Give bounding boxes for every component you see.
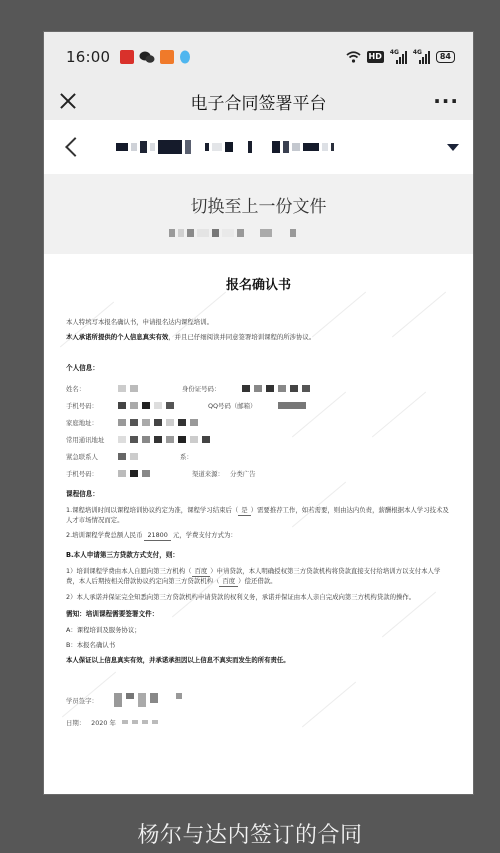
pixelated-value <box>242 385 310 392</box>
course-clause-1: 1.课程培训时间以课程培训协议约定为准，课程学习结束后（是）需要推荐工作，如若需… <box>66 506 451 525</box>
pixelated-value <box>118 453 180 460</box>
qq-icon <box>179 50 191 64</box>
contract-document: 报名确认书 本人特填写本报名确认书，申请报名达内课程培训。 本人承诺所提供的个人… <box>44 254 473 795</box>
notification-icons <box>120 50 191 64</box>
loan-clause-2: 2）本人承诺并保证完全知悉向第三方贷款机构申请贷款的权利义务，承诺并保证由本人亲… <box>66 593 451 602</box>
battery-icon: 84 <box>436 51 455 63</box>
close-icon[interactable] <box>58 91 78 111</box>
status-time: 16:00 <box>66 48 110 66</box>
course-clause-2: 2.培训课程学费总额人民币 21800 元，学费支付方式为： <box>66 531 451 541</box>
watermark <box>392 292 446 338</box>
triangle-down-icon[interactable] <box>447 144 459 151</box>
image-caption: 杨尔与达内签订的合同 <box>0 818 500 849</box>
loan-clause-1: 1）培训课程学费由本人自愿向第三方机构（百度）申请贷款，本人明确授权第三方贷款机… <box>66 567 451 587</box>
notice-heading: 需知：培训课程需要签署文件： <box>66 608 451 618</box>
document-title: 报名确认书 <box>66 274 451 293</box>
wechat-icon <box>139 50 155 64</box>
signal-4g-icon: 4G <box>413 51 430 64</box>
switch-previous-file-panel[interactable]: 切换至上一份文件 <box>44 174 473 254</box>
field-row-phone: 手机号码： QQ号码（邮箱） <box>66 397 451 414</box>
date-blurred <box>122 720 158 724</box>
file-name-pixelated[interactable] <box>116 139 439 155</box>
date-row: 日期： 2020 年 <box>66 711 451 733</box>
page-title: 电子合同签署平台 <box>44 89 473 114</box>
switch-previous-file-label[interactable]: 切换至上一份文件 <box>44 192 473 217</box>
personal-info-heading: 个人信息： <box>66 362 451 372</box>
hd-icon: HD <box>367 51 384 63</box>
app-red-icon <box>120 50 134 64</box>
status-bar: 16:00 HD 4G 4G 84 <box>44 32 473 82</box>
switch-sub-label-pixelated <box>169 227 349 239</box>
field-row-contact-phone: 手机号码： 渠道来源： 分类广告 <box>66 465 451 482</box>
channel-source-value: 分类广告 <box>230 469 256 478</box>
field-row-name: 姓名： 身份证号码： <box>66 380 451 397</box>
pixelated-value <box>118 402 208 409</box>
watermark <box>312 292 366 338</box>
pixelated-value <box>118 419 198 426</box>
field-row-mailing-address: 常用通讯地址 <box>66 431 451 448</box>
pixelated-value <box>118 436 210 443</box>
loan-heading: B.本人申请第三方贷款方式支付，则： <box>66 549 451 559</box>
required-file-b: B：本报名确认书 <box>66 641 451 650</box>
nav-bar: 电子合同签署平台 ··· <box>44 82 473 120</box>
app-orange-icon <box>160 50 174 64</box>
signature-pixelated <box>114 693 182 707</box>
intro-line-1: 本人特填写本报名确认书，申请报名达内课程培训。 <box>66 318 451 327</box>
field-row-address: 家庭地址： <box>66 414 451 431</box>
pixelated-value <box>118 470 192 477</box>
chevron-left-icon[interactable] <box>65 137 85 157</box>
watermark <box>172 292 226 338</box>
signature-row: 学员签字： <box>66 689 451 711</box>
wifi-icon <box>346 48 361 67</box>
signal-4g-icon: 4G <box>390 51 407 64</box>
file-selector-bar <box>44 120 473 174</box>
course-info-heading: 课程信息： <box>66 488 451 498</box>
phone-screenshot: 16:00 HD 4G 4G 84 <box>43 31 474 795</box>
system-icons: HD 4G 4G 84 <box>346 48 455 67</box>
guarantee-statement: 本人保证以上信息真实有效，并承诺承担因以上信息不真实而发生的所有责任。 <box>66 656 451 665</box>
pixelated-value <box>278 402 306 409</box>
pixelated-value <box>118 385 182 392</box>
more-options-button[interactable]: ··· <box>433 89 459 113</box>
field-row-emergency-contact: 紧急联系人 系： <box>66 448 451 465</box>
